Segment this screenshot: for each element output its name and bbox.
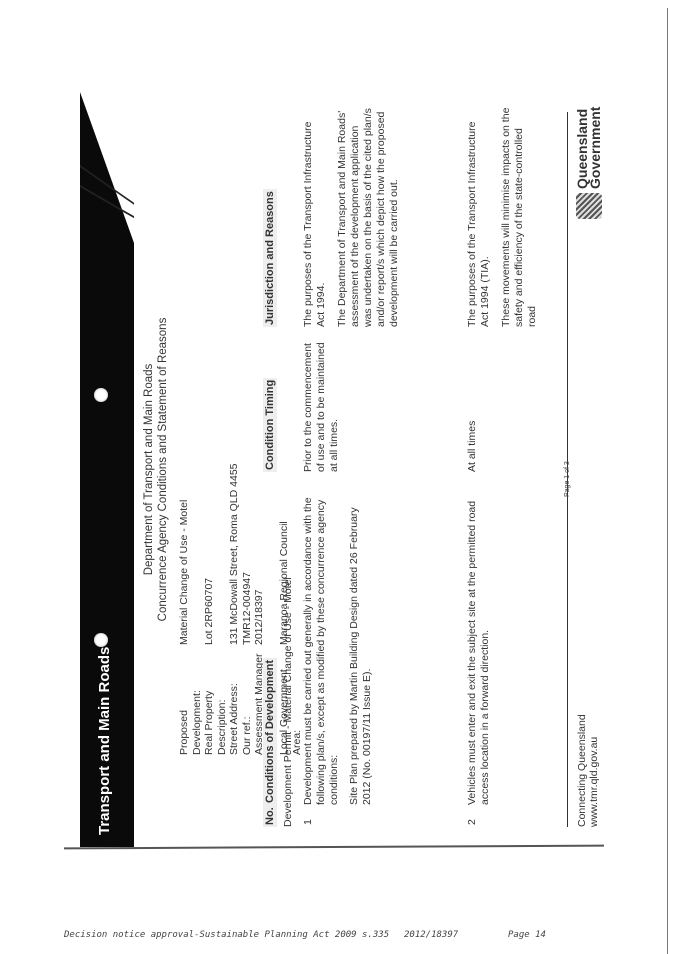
condition-number: 1 bbox=[302, 819, 315, 825]
crest-icon bbox=[576, 193, 602, 219]
punch-hole-icon bbox=[94, 388, 108, 402]
banner-title: Transport and Main Roads bbox=[96, 647, 113, 835]
document-title: Concurrence Agency Conditions and Statem… bbox=[157, 92, 169, 847]
column-header-no: No. bbox=[263, 805, 277, 827]
footer-contact: Connecting Queensland www.tmr.qld.gov.au bbox=[576, 714, 600, 827]
department-heading: Department of Transport and Main Roads bbox=[143, 92, 155, 847]
reason-text: The Department of Transport and Main Roa… bbox=[336, 107, 401, 327]
scan-footer-page: Page 14 bbox=[508, 930, 546, 940]
column-header-timing: Condition Timing bbox=[263, 378, 277, 472]
rotated-document: Transport and Main Roads Department of T… bbox=[80, 92, 635, 847]
condition-text: Development must be carried out generall… bbox=[302, 485, 341, 805]
condition-subtext: Site Plan prepared by Martin Building De… bbox=[348, 485, 374, 805]
scan-footer-ref: 2012/18397 bbox=[404, 930, 458, 940]
page-edge bbox=[667, 8, 668, 954]
meta-row: Our ref.:TMR12-004947 bbox=[241, 464, 254, 756]
condition-timing: Prior to the commencement of use and to … bbox=[302, 337, 341, 472]
page-number: Page 1 of 3 bbox=[564, 461, 571, 497]
reason-text: These movements will minimise impacts on… bbox=[500, 107, 539, 327]
meta-row: Real Property Description:Lot 2RP60707 bbox=[203, 464, 228, 756]
footer-tagline: Connecting Queensland bbox=[576, 714, 588, 827]
section-heading: Development Permit - Material Change of … bbox=[282, 577, 295, 827]
punch-hole-icon bbox=[94, 633, 108, 647]
reason-text: The purposes of the Transport Infrastruc… bbox=[466, 107, 492, 327]
scanned-page: Transport and Main Roads Department of T… bbox=[80, 92, 635, 847]
meta-row: Street Address:131 McDowall Street, Roma… bbox=[228, 464, 241, 756]
scan-footer-title: Decision notice approval-Sustainable Pla… bbox=[64, 930, 389, 940]
condition-timing: At all times bbox=[466, 337, 479, 472]
column-header-reasons: Jurisdiction and Reasons bbox=[263, 189, 277, 327]
header-banner: Transport and Main Roads bbox=[80, 92, 134, 847]
meta-row: Proposed Development:Material Change of … bbox=[178, 464, 203, 756]
condition-number: 2 bbox=[466, 819, 479, 825]
queensland-government-logo: Queensland Government bbox=[576, 107, 602, 219]
condition-text: Vehicles must enter and exit the subject… bbox=[466, 485, 492, 805]
column-header-conditions: Conditions of Development bbox=[263, 658, 277, 805]
reason-text: The purposes of the Transport Infrastruc… bbox=[302, 107, 328, 327]
footer-url[interactable]: www.tmr.qld.gov.au bbox=[588, 714, 600, 827]
